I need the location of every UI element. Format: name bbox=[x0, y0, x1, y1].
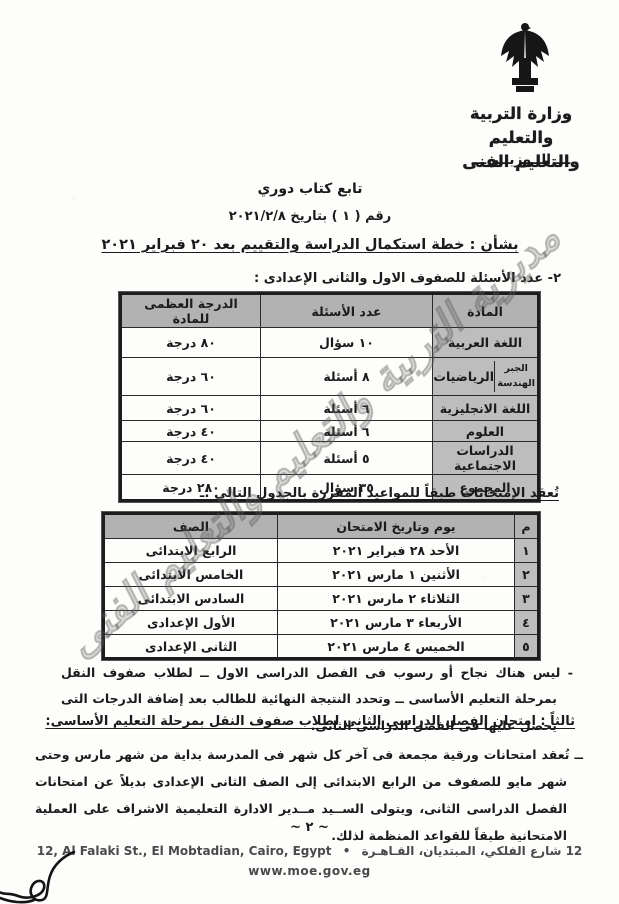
table-row: ٣ الثلاثاء ٢ مارس ٢٠٢١ السادس الابتدائى bbox=[104, 587, 539, 611]
footer-address: 12 شارع الفلكي، المبتديان، القـاهـرة • 1… bbox=[0, 844, 619, 858]
questions-cell: ٨ أسئلة bbox=[261, 358, 433, 396]
serial-cell: ١ bbox=[515, 539, 539, 563]
grade-name-cell: الخامس الابتدائى bbox=[104, 563, 278, 587]
subject-cell: اللغة الانجليزية bbox=[433, 396, 539, 421]
questions-section-heading: ٢- عدد الأسئلة للصفوف الاول والثانى الإع… bbox=[254, 271, 561, 286]
grade-name-cell: السادس الابتدائى bbox=[104, 587, 278, 611]
footer-website: www.moe.gov.eg bbox=[0, 864, 619, 878]
grade-cell: ٤٠ درجة bbox=[121, 421, 261, 442]
footer-address-arabic: 12 شارع الفلكي، المبتديان، القـاهـرة bbox=[362, 844, 583, 858]
subject-cell: العلوم bbox=[433, 421, 539, 442]
questions-cell: ٦ أسئلة bbox=[261, 396, 433, 421]
serial-cell: ٢ bbox=[515, 563, 539, 587]
minister-title: ـــ الــوزيــر ـــ bbox=[441, 152, 601, 168]
egypt-eagle-emblem-icon bbox=[487, 20, 563, 100]
table-row: الجبر الهندسة الرياضيات ٨ أسئلة ٦٠ درجة bbox=[121, 358, 539, 396]
circular-number-date: رقم ( ١ ) بتاريخ ٢٠٢١/٢/٨ bbox=[120, 209, 500, 224]
exam-schedule-table: م يوم وتاريخ الامتحان الصف ١ الأحد ٢٨ فب… bbox=[102, 512, 540, 660]
exam-date-cell: الخميس ٤ مارس ٢٠٢١ bbox=[278, 635, 515, 659]
questions-cell: ٥ أسئلة bbox=[261, 442, 433, 475]
thirdly-heading: ثالثاً : امتحان الفصل الدراسى الثانى لطل… bbox=[45, 714, 575, 729]
col-header-max-grade: الدرجة العظمى للمادة bbox=[121, 294, 261, 328]
table-header-row: المادة عدد الأسئلة الدرجة العظمى للمادة bbox=[121, 294, 539, 328]
math-sub-algebra: الجبر bbox=[497, 362, 535, 376]
grade-cell: ٦٠ درجة bbox=[121, 358, 261, 396]
exam-date-cell: الثلاثاء ٢ مارس ٢٠٢١ bbox=[278, 587, 515, 611]
schedule-section-heading: تُعقد الإمتحانات طبقاً للمواعيد المقررة … bbox=[200, 486, 559, 501]
handwritten-signature-icon bbox=[0, 846, 80, 904]
table-row: ٢ الأثنين ١ مارس ٢٠٢١ الخامس الابتدائى bbox=[104, 563, 539, 587]
col-header-question-count: عدد الأسئلة bbox=[261, 294, 433, 328]
grade-name-cell: الأول الإعدادى bbox=[104, 611, 278, 635]
serial-cell: ٣ bbox=[515, 587, 539, 611]
grade-name-cell: الرابع الابتدائى bbox=[104, 539, 278, 563]
col-header-serial: م bbox=[515, 514, 539, 539]
col-header-grade: الصف bbox=[104, 514, 278, 539]
page-number: ~ ٢ ~ bbox=[0, 820, 619, 835]
serial-cell: ٥ bbox=[515, 635, 539, 659]
exam-date-cell: الأثنين ١ مارس ٢٠٢١ bbox=[278, 563, 515, 587]
scanned-circular-page: مديرية التربية والتعليم والتعليم الفنى و… bbox=[0, 0, 619, 904]
table-header-row: م يوم وتاريخ الامتحان الصف bbox=[104, 514, 539, 539]
table-row: ٤ الأربعاء ٣ مارس ٢٠٢١ الأول الإعدادى bbox=[104, 611, 539, 635]
subject-label: الرياضيات bbox=[433, 361, 494, 392]
questions-table: المادة عدد الأسئلة الدرجة العظمى للمادة … bbox=[119, 292, 540, 502]
exam-date-cell: الأربعاء ٣ مارس ٢٠٢١ bbox=[278, 611, 515, 635]
table-row: العلوم ٦ أسئلة ٤٠ درجة bbox=[121, 421, 539, 442]
grade-name-cell: الثانى الإعدادى bbox=[104, 635, 278, 659]
col-header-exam-date: يوم وتاريخ الامتحان bbox=[278, 514, 515, 539]
serial-cell: ٤ bbox=[515, 611, 539, 635]
col-header-subject: المادة bbox=[433, 294, 539, 328]
table-row: اللغة العربية ١٠ سؤال ٨٠ درجة bbox=[121, 328, 539, 358]
questions-cell: ١٠ سؤال bbox=[261, 328, 433, 358]
grade-cell: ٦٠ درجة bbox=[121, 396, 261, 421]
table-row: اللغة الانجليزية ٦ أسئلة ٦٠ درجة bbox=[121, 396, 539, 421]
circular-title: تابع كتاب دوري bbox=[120, 181, 500, 197]
ministry-name-line1: وزارة التربية والتعليم bbox=[441, 102, 601, 150]
exam-date-cell: الأحد ٢٨ فبراير ٢٠٢١ bbox=[278, 539, 515, 563]
grade-cell: ٨٠ درجة bbox=[121, 328, 261, 358]
circular-subject-line: بشأن : خطة استكمال الدراسة والتقييم بعد … bbox=[70, 237, 550, 253]
footer-address-english: 12, Al Falaki St., El Mobtadian, Cairo, … bbox=[37, 844, 332, 858]
bullet-separator-icon: • bbox=[343, 844, 351, 858]
subject-cell: اللغة العربية bbox=[433, 328, 539, 358]
table-row: الدراسات الاجتماعية ٥ أسئلة ٤٠ درجة bbox=[121, 442, 539, 475]
table-row: ١ الأحد ٢٨ فبراير ٢٠٢١ الرابع الابتدائى bbox=[104, 539, 539, 563]
subject-cell-math: الجبر الهندسة الرياضيات bbox=[433, 358, 539, 396]
subject-cell: الدراسات الاجتماعية bbox=[433, 442, 539, 475]
grade-cell: ٤٠ درجة bbox=[121, 442, 261, 475]
table-row: ٥ الخميس ٤ مارس ٢٠٢١ الثانى الإعدادى bbox=[104, 635, 539, 659]
questions-cell: ٦ أسئلة bbox=[261, 421, 433, 442]
math-sub-geometry: الهندسة bbox=[497, 377, 535, 391]
